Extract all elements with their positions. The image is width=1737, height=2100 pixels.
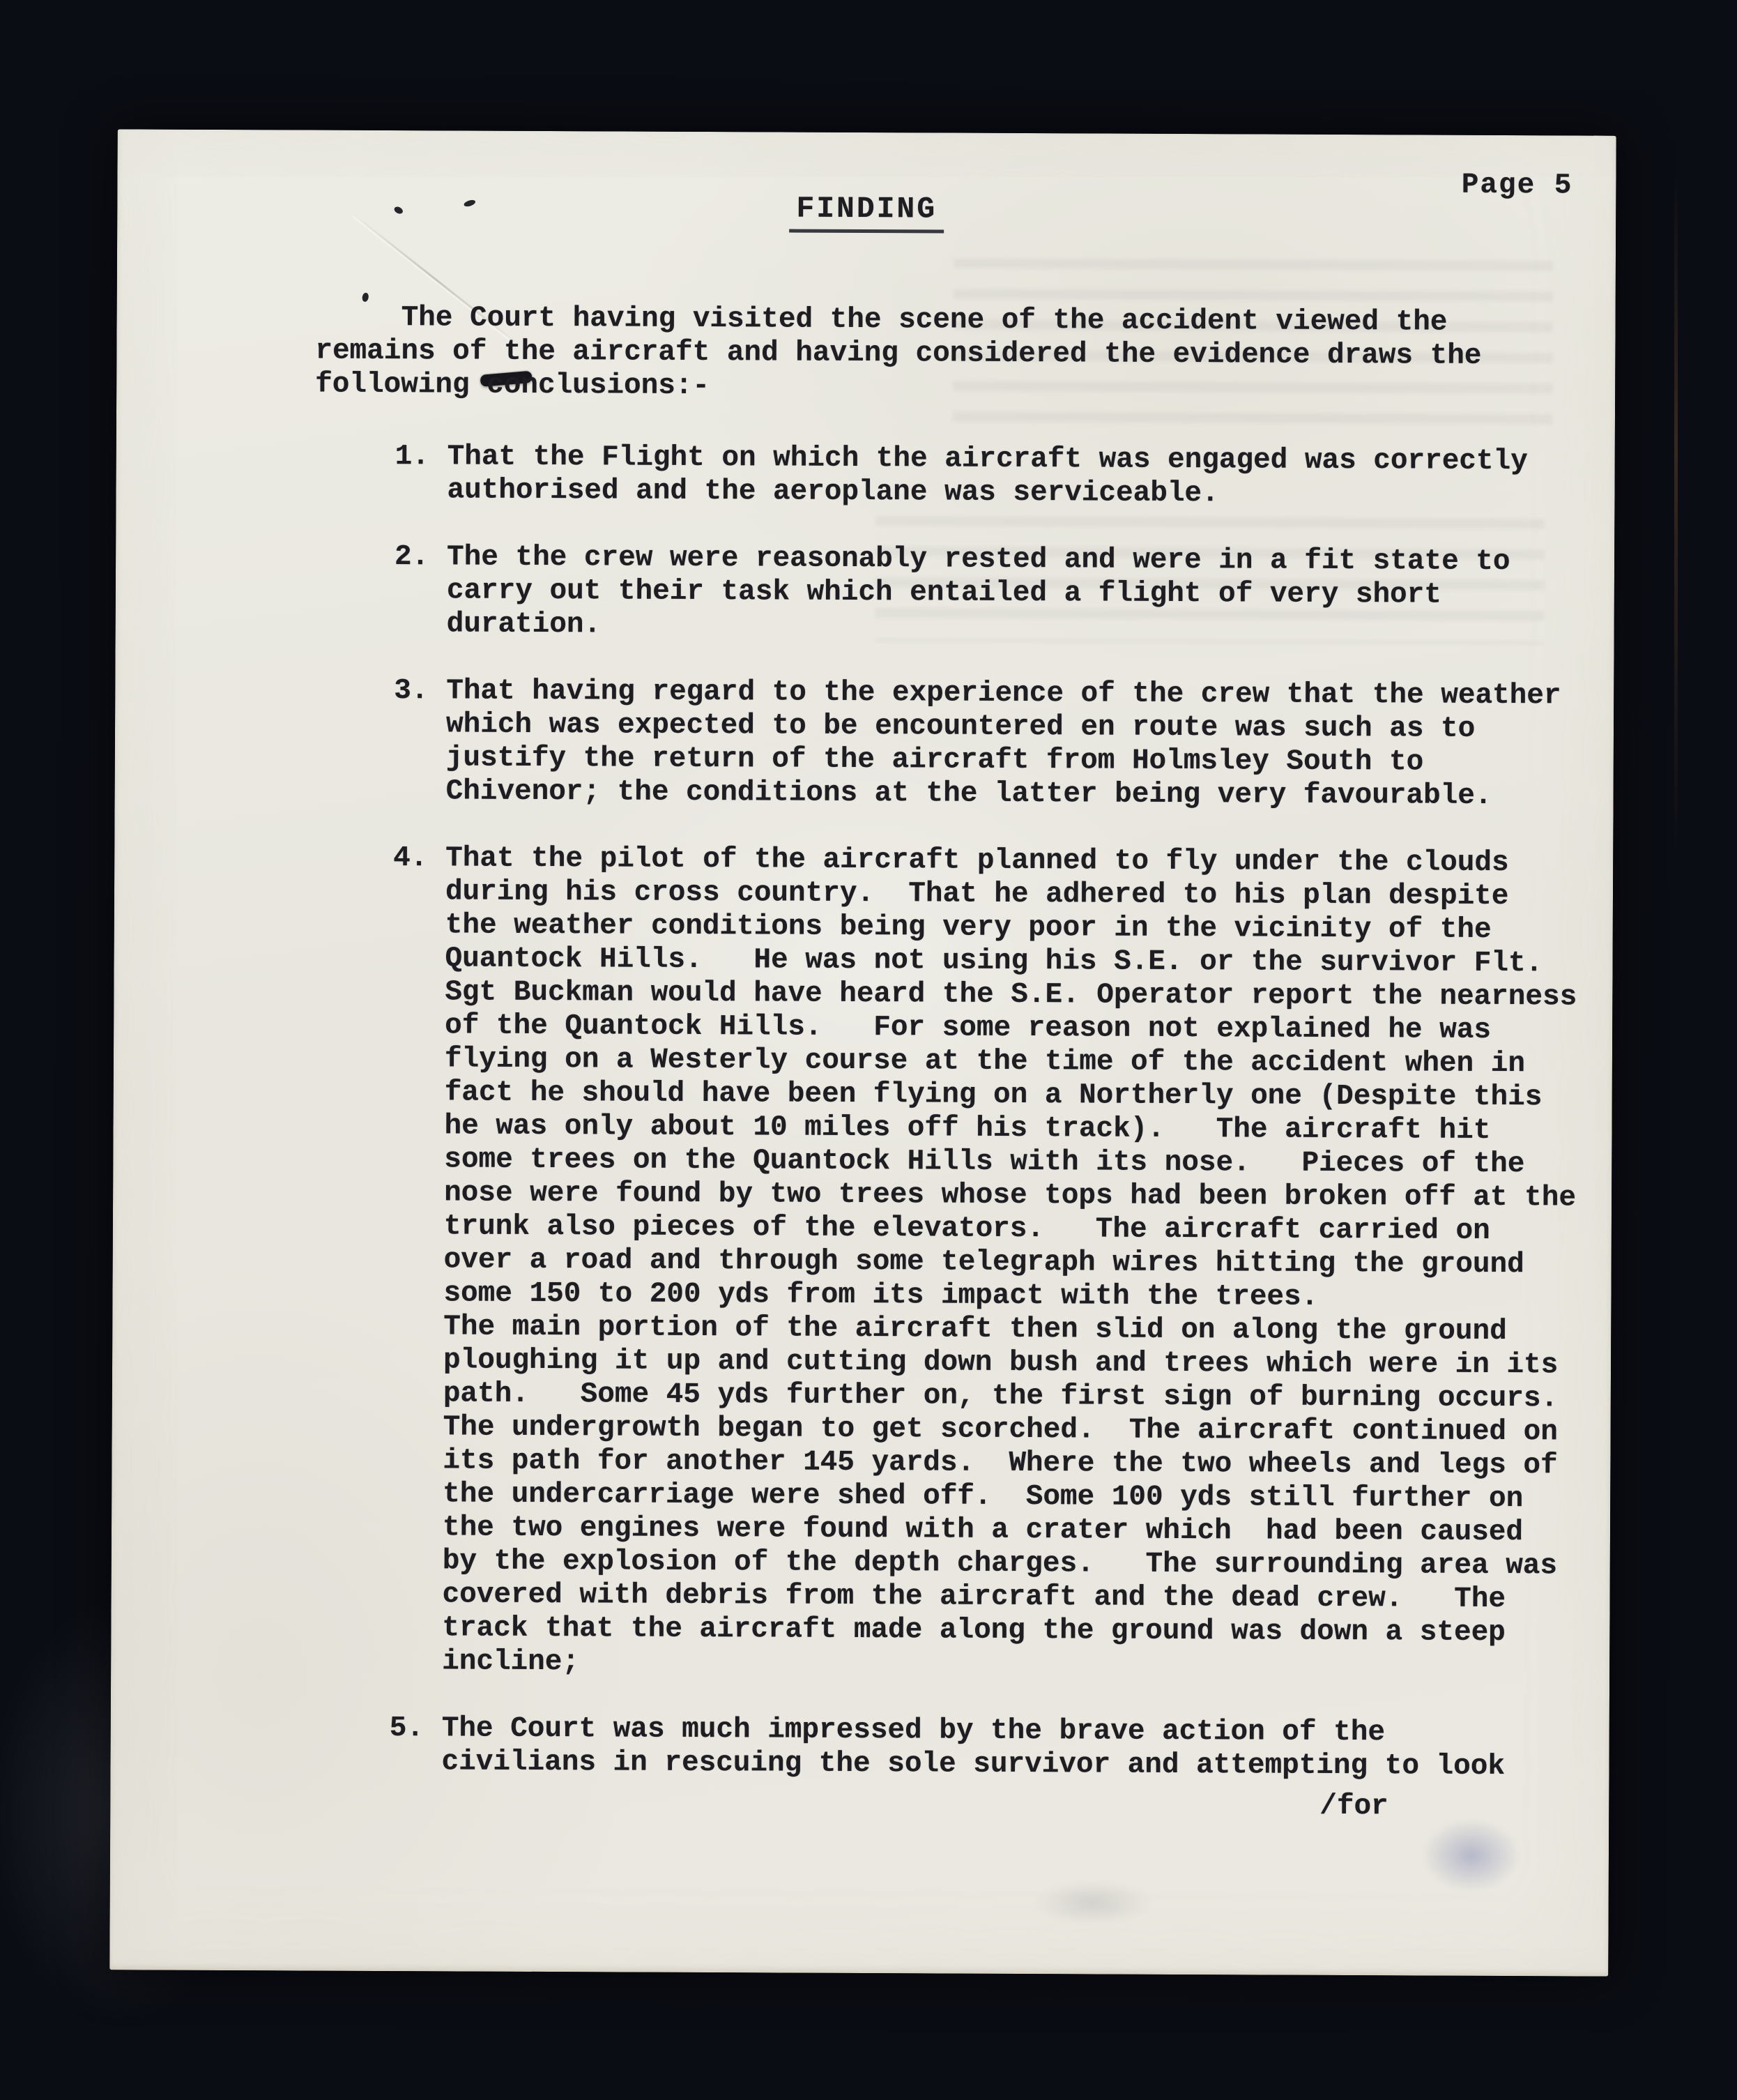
background-streak bbox=[1674, 174, 1678, 858]
findings-list: 1. That the Flight on which the aircraft… bbox=[389, 440, 1603, 1784]
continuation-mark: /for bbox=[1319, 1790, 1598, 1825]
item-number: 3. bbox=[394, 674, 446, 708]
item-text: That the pilot of the aircraft planned t… bbox=[443, 842, 1577, 1315]
finding-item: 3. That having regard to the experience … bbox=[394, 674, 1603, 814]
item-text-column: That the pilot of the aircraft planned t… bbox=[442, 842, 1577, 1683]
title-row: FINDING bbox=[117, 189, 1616, 236]
item-text: That having regard to the experience of … bbox=[446, 674, 1561, 813]
item-number: 1. bbox=[395, 440, 447, 473]
finding-item: 4. That the pilot of the aircraft planne… bbox=[390, 842, 1602, 1684]
item-text: The the crew were reasonably rested and … bbox=[447, 540, 1510, 646]
pencil-smudge bbox=[1013, 1873, 1173, 1933]
item-text: That the Flight on which the aircraft wa… bbox=[447, 440, 1527, 512]
finding-item: 5. The Court was much impressed by the b… bbox=[389, 1712, 1598, 1784]
item-number: 2. bbox=[395, 540, 447, 574]
scanned-document-page: Page 5 FINDING The Court having visited … bbox=[109, 129, 1616, 1976]
item-number: 5. bbox=[390, 1712, 442, 1745]
item-text: The Court was much impressed by the brav… bbox=[441, 1712, 1505, 1783]
intro-paragraph: The Court having visited the scene of th… bbox=[315, 301, 1605, 407]
finding-item: 1. That the Flight on which the aircraft… bbox=[395, 440, 1603, 512]
item-continuation-paragraph: The main portion of the aircraft then sl… bbox=[442, 1310, 1575, 1683]
item-number: 4. bbox=[393, 842, 445, 875]
scan-background: { "scan": { "page_number": "Page 5", "ti… bbox=[0, 0, 1737, 2100]
page-title: FINDING bbox=[789, 192, 944, 234]
finding-item: 2. The the crew were reasonably rested a… bbox=[395, 540, 1604, 646]
document-body: The Court having visited the scene of th… bbox=[309, 301, 1604, 1825]
